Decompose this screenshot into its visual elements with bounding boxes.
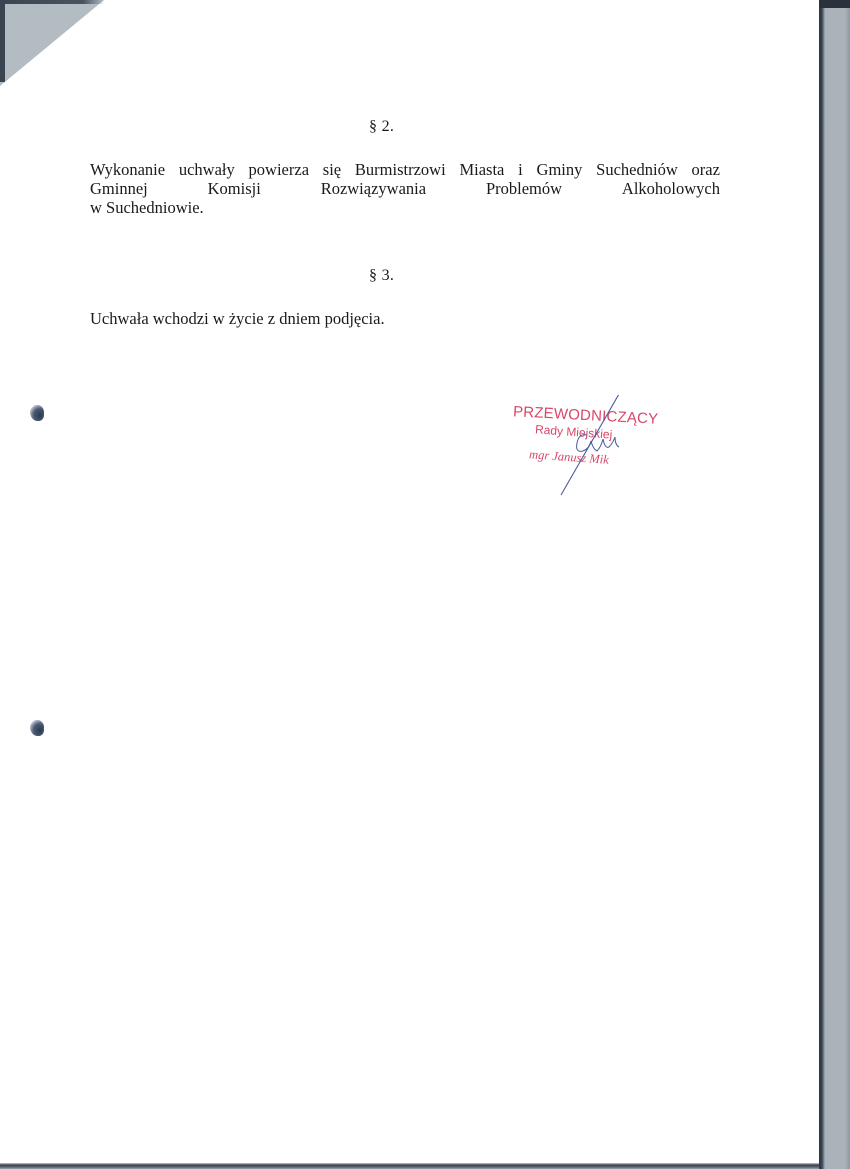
section-2-paragraph: WykonanieuchwałypowierzasięBurmistrzowiM… <box>90 160 720 217</box>
word: uchwały <box>179 160 235 179</box>
word: Burmistrzowi <box>355 160 446 179</box>
word: się <box>323 160 341 179</box>
punch-hole-icon <box>30 405 44 421</box>
word: Gminnej <box>90 179 148 198</box>
scanner-edge-right <box>819 0 850 1169</box>
scanner-edge-bottom <box>0 1163 819 1169</box>
scanner-edge-right-top <box>819 0 850 8</box>
word: Alkoholowych <box>622 179 720 198</box>
word: Rozwiązywania <box>321 179 426 198</box>
folded-corner <box>0 0 104 86</box>
word: Miasta <box>459 160 504 179</box>
paragraph-line: WykonanieuchwałypowierzasięBurmistrzowiM… <box>90 160 720 179</box>
section-2-heading: § 2. <box>369 118 394 136</box>
paragraph-last-line: w Suchedniowie. <box>90 198 720 217</box>
punch-hole-icon <box>30 720 44 736</box>
corner-edge-top <box>0 0 104 4</box>
section-3-heading: § 3. <box>369 267 394 285</box>
word: Gminy <box>537 160 583 179</box>
word: Suchedniów <box>596 160 678 179</box>
chairman-stamp: PRZEWODNICZĄCY Rady Miejskiej mgr Janusz… <box>505 395 665 505</box>
paragraph-line: GminnejKomisjiRozwiązywaniaProblemówAlko… <box>90 179 720 198</box>
word: Wykonanie <box>90 160 165 179</box>
corner-edge-left <box>0 0 5 82</box>
section-3-paragraph: Uchwała wchodzi w życie z dniem podjęcia… <box>90 309 720 328</box>
signature-icon <box>505 395 665 505</box>
word: Problemów <box>486 179 562 198</box>
word: Komisji <box>208 179 261 198</box>
word: oraz <box>692 160 720 179</box>
word: i <box>518 160 523 179</box>
word: powierza <box>249 160 309 179</box>
